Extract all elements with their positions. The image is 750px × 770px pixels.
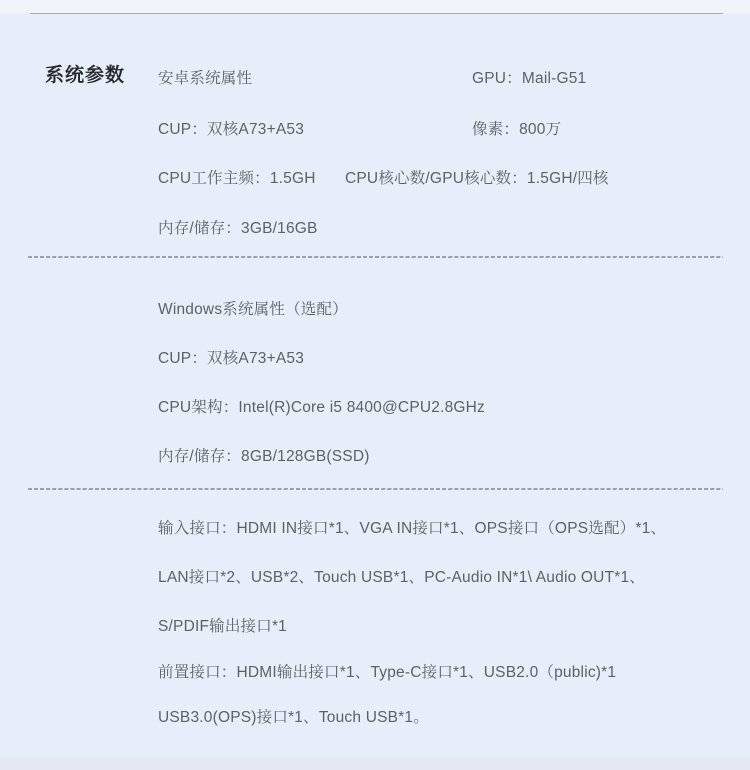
section-title: 系统参数	[45, 60, 125, 87]
ports-front-line2: USB3.0(OPS)接口*1、Touch USB*1。	[158, 705, 429, 727]
android-memory: 内存/储存：3GB/16GB	[158, 216, 318, 238]
android-cpu-cores: CPU核心数/GPU核心数：1.5GH/四核	[345, 166, 609, 188]
windows-cup: CUP：双核A73+A53	[158, 346, 304, 368]
windows-header: Windows系统属性（选配）	[158, 297, 348, 319]
android-cpu-freq: CPU工作主频：1.5GH	[158, 166, 316, 188]
bottom-strip	[0, 757, 750, 770]
android-header: 安卓系统属性	[158, 66, 252, 88]
android-pixels: 像素：800万	[472, 117, 561, 139]
android-cup: CUP：双核A73+A53	[158, 117, 304, 139]
windows-memory: 内存/储存：8GB/128GB(SSD)	[158, 444, 370, 466]
top-horizontal-rule	[30, 13, 723, 14]
ports-input-line1: 输入接口：HDMI IN接口*1、VGA IN接口*1、OPS接口（OPS选配）…	[158, 516, 666, 538]
ports-input-line3: S/PDIF输出接口*1	[158, 614, 287, 636]
top-strip	[0, 0, 750, 13]
spec-page: 系统参数 安卓系统属性 GPU：Mail-G51 CUP：双核A73+A53 像…	[0, 0, 750, 770]
section-divider-2	[28, 488, 723, 490]
ports-input-line2: LAN接口*2、USB*2、Touch USB*1、PC-Audio IN*1\…	[158, 565, 645, 587]
android-gpu: GPU：Mail-G51	[472, 66, 586, 88]
ports-front-line1: 前置接口：HDMI输出接口*1、Type-C接口*1、USB2.0（public…	[158, 660, 616, 682]
windows-cpu-arch: CPU架构：Intel(R)Core i5 8400@CPU2.8GHz	[158, 395, 485, 417]
section-divider-1	[28, 256, 723, 258]
